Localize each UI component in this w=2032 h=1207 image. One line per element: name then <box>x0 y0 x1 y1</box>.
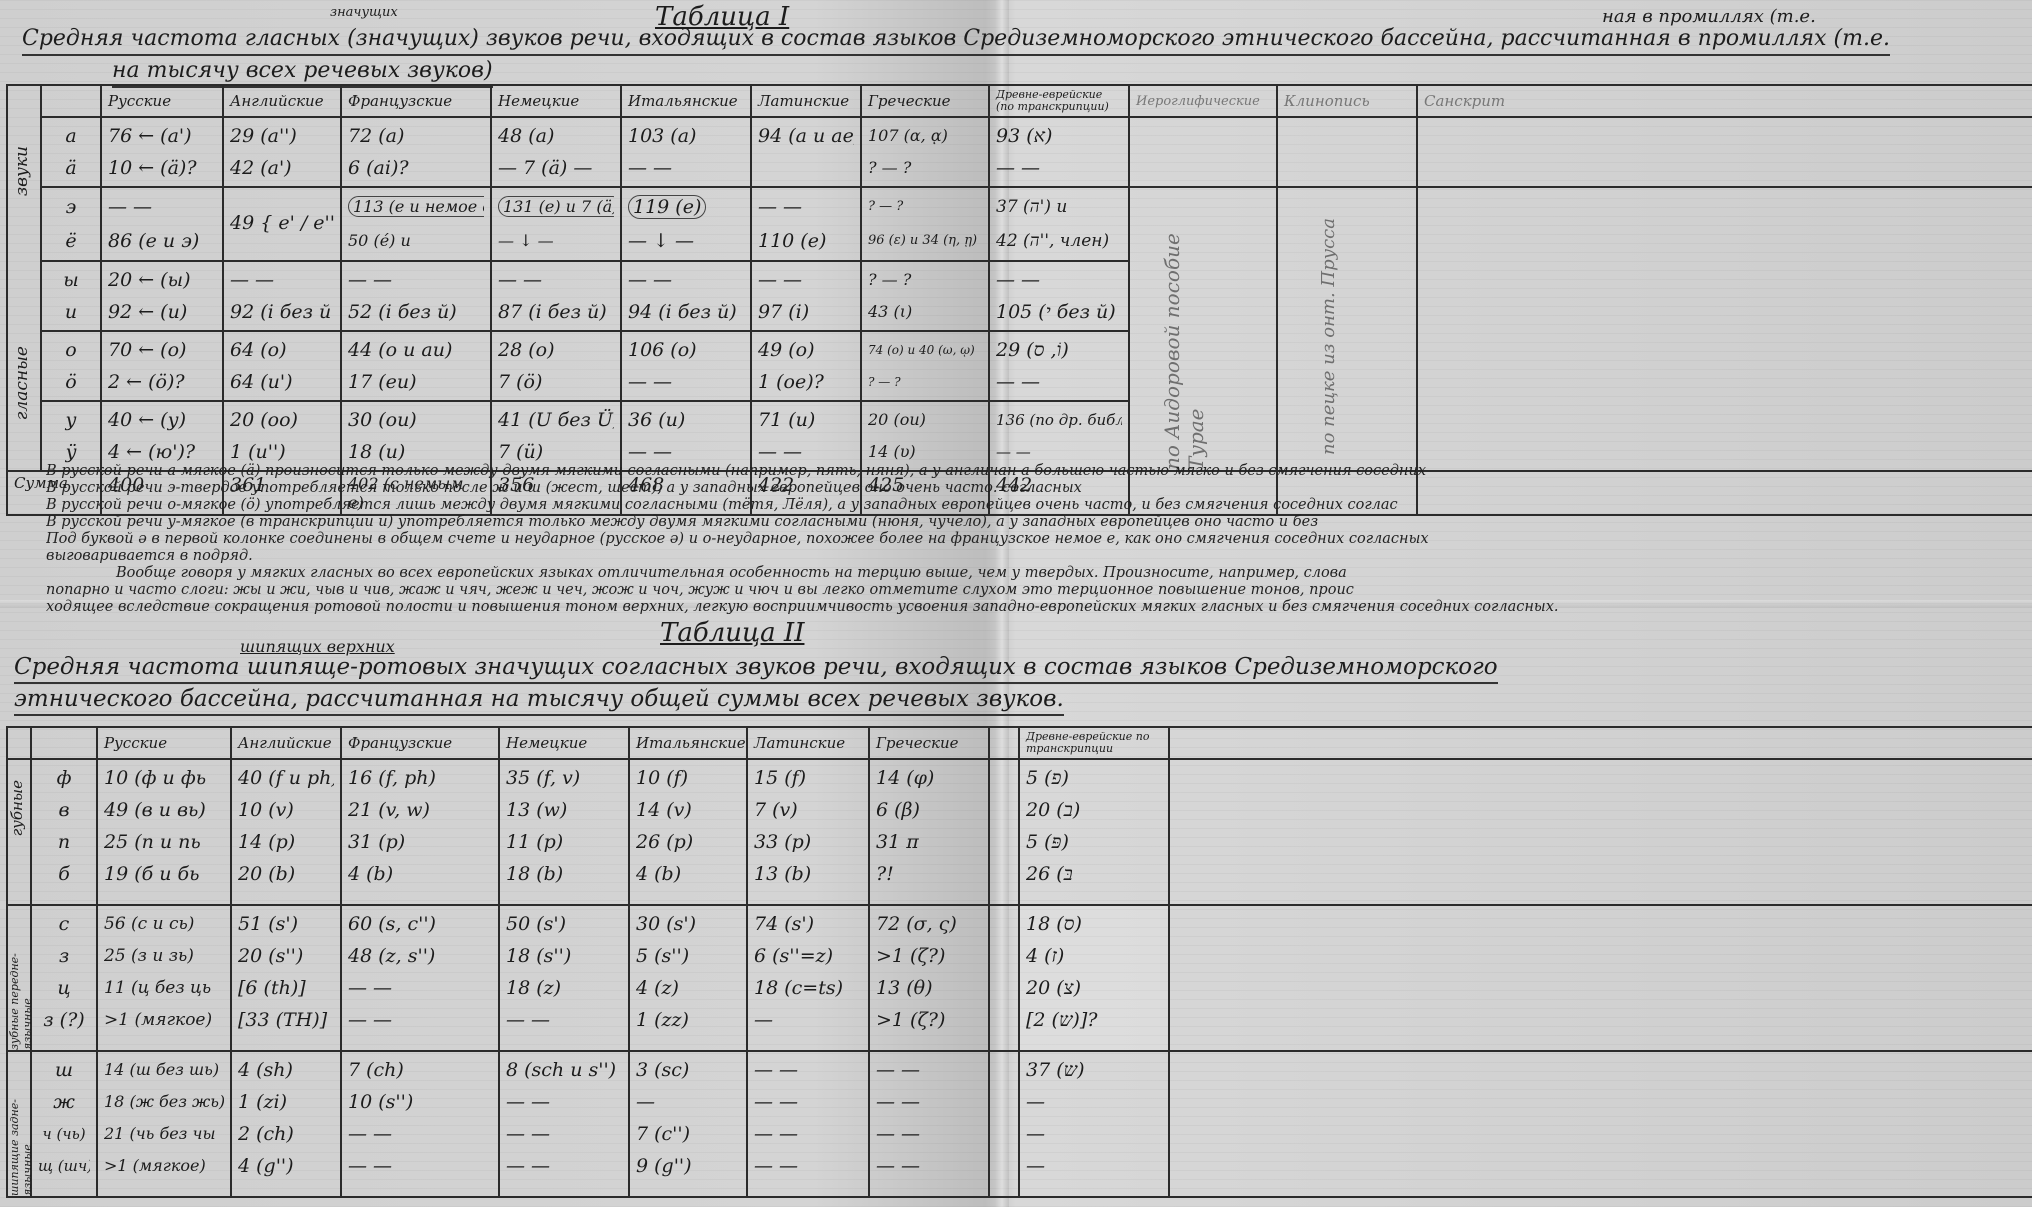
table2-heading-line-1: Средняя частота шипяще-ротовых значущих … <box>14 652 1498 684</box>
value: 136 (по др. библии) <box>996 404 1122 436</box>
note-line: выговаривается в подряд. <box>46 548 2026 565</box>
value: 29 (a'') <box>230 120 334 152</box>
value: 6 (ai)? <box>348 152 484 184</box>
value: 10 (v) <box>238 794 334 826</box>
value: — — <box>506 1150 622 1182</box>
value: 48 (a) <box>498 120 614 152</box>
value: 20 (ב) <box>1026 794 1162 826</box>
value: 4 (b) <box>636 858 740 890</box>
value: >1 (ζ?) <box>876 940 982 972</box>
value: — <box>1026 1150 1162 1182</box>
note-line: В русской речи о-мягкое (ö) употребляетс… <box>46 497 2026 514</box>
value: 48 (z, s'') <box>348 940 492 972</box>
value: — 7 (ä) — <box>498 152 614 184</box>
row-label: и <box>48 296 94 328</box>
value: 74 (o) и 40 (ω, ῳ) <box>868 334 982 366</box>
table2-col-italian: Итальянские <box>629 727 747 759</box>
row-label: в <box>38 794 90 826</box>
value: — ↓ — <box>628 224 744 258</box>
value: 20 (צ) <box>1026 972 1162 1004</box>
value: 49 { e' / e'' <box>230 206 334 240</box>
group-side-label: шипящие задне-язычные <box>8 1058 34 1196</box>
value: 10 (f) <box>636 762 740 794</box>
value: 49 (в и вь) <box>104 794 224 826</box>
value: 18 (s'') <box>506 940 622 972</box>
value: 71 (u) <box>758 404 854 436</box>
value: [6 (th)] <box>238 972 334 1004</box>
value: — — <box>758 264 854 296</box>
value: 3 (sc) <box>636 1054 740 1086</box>
value: 18 (ס) <box>1026 908 1162 940</box>
value: 105 (י без й) <box>996 296 1122 328</box>
table2-col-english: Английские <box>231 727 341 759</box>
value: — — <box>754 1054 862 1086</box>
value: 4 (sh) <box>238 1054 334 1086</box>
value: 20 (oo) <box>230 404 334 436</box>
note-line: ходящее вследствие сокращения ротовой по… <box>46 599 2026 616</box>
value: ?! <box>876 858 982 890</box>
table1-col-latin: Латинские <box>751 85 861 117</box>
value: 4 (ז) <box>1026 940 1162 972</box>
value: [33 (TH)] <box>238 1004 334 1036</box>
row-label: ш <box>38 1054 90 1086</box>
value: 50 (s') <box>506 908 622 940</box>
table2-title: Таблица II <box>660 618 804 648</box>
value: — — <box>996 366 1122 398</box>
value: 42 (ה'', член) <box>996 224 1122 258</box>
value: — — <box>348 1150 492 1182</box>
value: 93 (א) <box>996 120 1122 152</box>
value: 9 (g'') <box>636 1150 740 1182</box>
note-line: В русской речи э-твердое употребляется т… <box>46 480 2026 497</box>
table2-group-sibilant: шипящие задне-язычные шжч (чь)щ (шч) 14 … <box>7 1051 2032 1197</box>
value: 26 (p) <box>636 826 740 858</box>
value: — — <box>348 972 492 1004</box>
value: 18 (c=ts) <box>754 972 862 1004</box>
value: 1 (zz) <box>636 1004 740 1036</box>
value: 52 (i без й) <box>348 296 484 328</box>
vertical-note-2: по пецке из онт. Прусса <box>1318 218 1339 455</box>
value: >1 (мягкое) <box>104 1004 224 1036</box>
value: — <box>636 1086 740 1118</box>
value: 33 (p) <box>754 826 862 858</box>
note-line: Под буквой ə в первой колонке соединены … <box>46 531 2026 548</box>
value: 40 ← (у) <box>108 404 216 436</box>
value: — — <box>996 264 1122 296</box>
table1-col-hieroglyphic: Иероглифические <box>1129 85 1277 117</box>
value: 20 (b) <box>238 858 334 890</box>
table1-col-german: Немецкие <box>491 85 621 117</box>
table1-row-a: аä 76 ← (a')10 ← (ä)? 29 (a'')42 (a') 72… <box>7 117 2032 187</box>
row-label: ä <box>48 152 94 184</box>
value: — <box>1026 1118 1162 1150</box>
table1-col-french: Французские <box>341 85 491 117</box>
value: 11 (ц без ць <box>104 972 224 1004</box>
value: 110 (e) <box>758 224 854 258</box>
value: 87 (i без й) <box>498 296 614 328</box>
table1-col-russian: Русские <box>101 85 223 117</box>
value: — — <box>506 1086 622 1118</box>
value: 40 (f и ph) <box>238 762 334 794</box>
table1-col-sanskrit: Санскрит <box>1417 85 2032 117</box>
value: 7 (ö) <box>498 366 614 398</box>
table1-col-greek: Греческие <box>861 85 989 117</box>
table2-heading-line-2: этнического бассейна, рассчитанная на ты… <box>14 684 1064 716</box>
value: 49 (o) <box>758 334 854 366</box>
table2-col-german: Немецкие <box>499 727 629 759</box>
row-label: щ (шч) <box>38 1150 90 1182</box>
value: 6 (β) <box>876 794 982 826</box>
value: — — <box>628 366 744 398</box>
row-label: а <box>48 120 94 152</box>
value: 16 (f, ph) <box>348 762 492 794</box>
value: 7 (c'') <box>636 1118 740 1150</box>
value: 70 ← (о) <box>108 334 216 366</box>
value: 29 (וֹ, ס) <box>996 334 1122 366</box>
value: 13 (θ) <box>876 972 982 1004</box>
value: 56 (с и сь) <box>104 908 224 940</box>
value: 4 (g'') <box>238 1150 334 1182</box>
value: — — <box>754 1150 862 1182</box>
value: 74 (s') <box>754 908 862 940</box>
value: 36 (u) <box>628 404 744 436</box>
value: — — <box>498 264 614 296</box>
value: — — <box>876 1086 982 1118</box>
table1-row-e: эё — —86 (e и э) 49 { e' / e'' 113 (e и … <box>7 187 2032 261</box>
value: ? — ? <box>868 190 982 224</box>
note-line: Вообще говоря у мягких гласных во всех е… <box>46 565 2026 582</box>
value: 14 (v) <box>636 794 740 826</box>
value: 18 (b) <box>506 858 622 890</box>
value: — — <box>506 1118 622 1150</box>
value: 5 (s'') <box>636 940 740 972</box>
value: 107 (α, ᾳ) <box>868 120 982 152</box>
table2-group-labial: губные фвпб 10 (ф и фь49 (в и вь)25 (п и… <box>7 759 2032 905</box>
value: 96 (ε) и 34 (η, ῃ) <box>868 224 982 258</box>
value: 21 (v, w) <box>348 794 492 826</box>
value: 8 (sch и s'') <box>506 1054 622 1086</box>
value: 5 (פ) <box>1026 762 1162 794</box>
value: 10 (ф и фь <box>104 762 224 794</box>
value: ? — ? <box>868 152 982 184</box>
value: — — <box>628 264 744 296</box>
value: — — <box>876 1054 982 1086</box>
value: 37 (ה') и <box>996 190 1122 224</box>
value: — — <box>628 152 744 184</box>
value: 20 (s'') <box>238 940 334 972</box>
table2-col-hebrew: Древне-еврейские по транскрипции <box>1019 727 1169 759</box>
value-circled: 113 (e и немое e) <box>348 196 484 217</box>
value: 1 (zi) <box>238 1086 334 1118</box>
row-label: с <box>38 908 90 940</box>
value: >1 (мягкое) <box>104 1150 224 1182</box>
value: 19 (б и бь <box>104 858 224 890</box>
value: 30 (s') <box>636 908 740 940</box>
value <box>758 152 854 184</box>
row-label: о <box>48 334 94 366</box>
table1-side-label-top: звуки <box>12 146 32 196</box>
value: — — <box>348 1004 492 1036</box>
value: — — <box>754 1086 862 1118</box>
value: 13 (b) <box>754 858 862 890</box>
value: 103 (a) <box>628 120 744 152</box>
table2: Русские Английские Французские Немецкие … <box>6 726 2032 1198</box>
value: 64 (u') <box>230 366 334 398</box>
value: 41 (U без Ü) <box>498 404 614 436</box>
table1-col-cuneiform: Клинопись <box>1277 85 1417 117</box>
row-label: з <box>38 940 90 972</box>
value: 7 (ch) <box>348 1054 492 1086</box>
value: — — <box>758 190 854 224</box>
value: 94 (a и ae) <box>758 120 854 152</box>
value: 20 (ou) <box>868 404 982 436</box>
table2-col-greek: Греческие <box>869 727 989 759</box>
value: 10 (s'') <box>348 1086 492 1118</box>
notes-paragraph: В русской речи а-мягкое (ä) произносится… <box>46 463 2026 616</box>
value: 10 ← (ä)? <box>108 152 216 184</box>
row-label: у <box>48 404 94 436</box>
value: [2 (ש)]? <box>1026 1004 1162 1036</box>
value: 6 (s''=z) <box>754 940 862 972</box>
table1-side-label-bottom: гласные <box>12 346 32 420</box>
row-label: б <box>38 858 90 890</box>
vertical-note-1: по Аидоровой пособие Турае <box>1160 208 1208 470</box>
value: ? — ? <box>868 366 982 398</box>
value: >1 (ζ?) <box>876 1004 982 1036</box>
value: — — <box>506 1004 622 1036</box>
value: — — <box>754 1118 862 1150</box>
value: — <box>754 1004 862 1036</box>
table2-col-french: Французские <box>341 727 499 759</box>
value: 26 (בּ <box>1026 858 1162 890</box>
value: — — <box>348 1118 492 1150</box>
value: 5 (פּ) <box>1026 826 1162 858</box>
value: 86 (e и э) <box>108 224 216 258</box>
value: 92 ← (и) <box>108 296 216 328</box>
value: 28 (o) <box>498 334 614 366</box>
row-label: ö <box>48 366 94 398</box>
value: 25 (з и зь) <box>104 940 224 972</box>
value: 106 (o) <box>628 334 744 366</box>
row-label: ф <box>38 762 90 794</box>
table2-col-russian: Русские <box>97 727 231 759</box>
row-label: ч (чь) <box>38 1118 90 1150</box>
table1-col-italian: Итальянские <box>621 85 751 117</box>
value: — — <box>876 1150 982 1182</box>
value: — <box>1026 1086 1162 1118</box>
table2-heading: Средняя частота шипяще-ротовых значущих … <box>14 652 1498 716</box>
value: — — <box>108 190 216 224</box>
table1-header-row: звуки гласные Русские Английские Француз… <box>7 85 2032 117</box>
value: 14 (ш без шь) <box>104 1054 224 1086</box>
value: 17 (eu) <box>348 366 484 398</box>
value: 64 (o) <box>230 334 334 366</box>
value: 44 (o и au) <box>348 334 484 366</box>
table1-col-hebrew: Древне-еврейские (по транскрипции) <box>989 85 1129 117</box>
value: 31 π <box>876 826 982 858</box>
value: 35 (f, v) <box>506 762 622 794</box>
table1: звуки гласные Русские Английские Француз… <box>6 84 2032 516</box>
value: 2 ← (ö)? <box>108 366 216 398</box>
value: — — <box>348 264 484 296</box>
value: 13 (w) <box>506 794 622 826</box>
value: 94 (i без й) <box>628 296 744 328</box>
row-label: ж <box>38 1086 90 1118</box>
value: 20 ← (ы) <box>108 264 216 296</box>
value: 14 (φ) <box>876 762 982 794</box>
value-circled: 119 (e) <box>628 195 706 219</box>
value: 30 (ou) <box>348 404 484 436</box>
value: — — <box>996 152 1122 184</box>
table1-heading: Средняя частота гласных (значущих) звуко… <box>22 24 1890 88</box>
value: 76 ← (a') <box>108 120 216 152</box>
value: 7 (v) <box>754 794 862 826</box>
value: 43 (ι) <box>868 296 982 328</box>
table2-header-row: Русские Английские Французские Немецкие … <box>7 727 2032 759</box>
note-line: попарно и часто слоги: жы и жи, чыв и чи… <box>46 582 2026 599</box>
row-label: п <box>38 826 90 858</box>
value: 37 (ש) <box>1026 1054 1162 1086</box>
value: 97 (i) <box>758 296 854 328</box>
value: 4 (b) <box>348 858 492 890</box>
value: — — <box>230 264 334 296</box>
table1-heading-line-1: Средняя частота гласных (значущих) звуко… <box>22 24 1890 56</box>
value: 31 (p) <box>348 826 492 858</box>
row-label: ы <box>48 264 94 296</box>
group-side-label: губные <box>8 780 26 836</box>
row-label: ё <box>48 224 94 258</box>
value: 72 (σ, ς) <box>876 908 982 940</box>
value: 18 (z) <box>506 972 622 1004</box>
value: 21 (чь без чы <box>104 1118 224 1150</box>
value-circled: 131 (e) и 7 (ä) <box>498 196 614 217</box>
table1-insert-note: значущих <box>330 5 398 20</box>
note-line: В русской речи у-мягкое (в транскрипции … <box>46 514 2026 531</box>
value: 2 (ch) <box>238 1118 334 1150</box>
value: 18 (ж без жь) <box>104 1086 224 1118</box>
value: 4 (z) <box>636 972 740 1004</box>
table2-group-dental: зубные передне-язычные сзцз (?) 56 (с и … <box>7 905 2032 1051</box>
value: 50 (é) и <box>348 224 484 258</box>
value: 92 (i без й <box>230 296 334 328</box>
value: 15 (f) <box>754 762 862 794</box>
table1-side-cell: звуки гласные <box>7 85 41 471</box>
value: 51 (s') <box>238 908 334 940</box>
group-side-label: зубные передне-язычные <box>8 912 34 1050</box>
value: ? — ? <box>868 264 982 296</box>
value: — — <box>876 1118 982 1150</box>
row-label: э <box>48 190 94 224</box>
table2-col-latin: Латинские <box>747 727 869 759</box>
value: 25 (п и пь <box>104 826 224 858</box>
value: 1 (oe)? <box>758 366 854 398</box>
value: 42 (a') <box>230 152 334 184</box>
value: 60 (s, c'') <box>348 908 492 940</box>
value: — ↓ — <box>498 224 614 258</box>
note-line: В русской речи а-мягкое (ä) произносится… <box>46 463 2026 480</box>
table1-col-english: Английские <box>223 85 341 117</box>
value: 14 (p) <box>238 826 334 858</box>
value: 11 (p) <box>506 826 622 858</box>
value: 72 (a) <box>348 120 484 152</box>
row-label: з (?) <box>38 1004 90 1036</box>
row-label: ц <box>38 972 90 1004</box>
